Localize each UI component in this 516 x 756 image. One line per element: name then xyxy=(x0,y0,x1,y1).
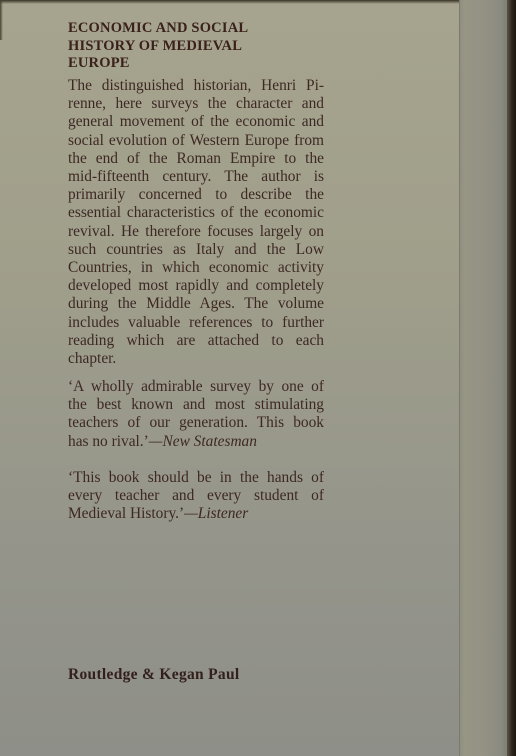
top-edge-shadow xyxy=(0,0,516,4)
spine-shadow xyxy=(507,0,516,756)
description-line: Countries, in which economic activity xyxy=(68,259,324,277)
review-line: ‘This book should be in the hands of xyxy=(68,469,324,487)
description-line: during the Middle Ages. The volume xyxy=(68,295,324,313)
description-line: the end of the Roman Empire to the xyxy=(68,150,324,168)
review-line-final: Medieval History.’—Listener xyxy=(68,505,324,523)
review-line-final: has no rival.’—New Statesman xyxy=(68,433,324,451)
description-line: reading which are attached to each xyxy=(68,332,324,350)
description-line: revival. He therefore focuses largely on xyxy=(68,223,324,241)
description-line: such countries as Italy and the Low xyxy=(68,241,324,259)
description-line: general movement of the economic and xyxy=(68,113,324,131)
review-line: ‘A wholly admirable survey by one of xyxy=(68,378,324,396)
review-listener: ‘This book should be in the hands of eve… xyxy=(68,469,324,524)
book-title: ECONOMIC AND SOCIAL HISTORY OF MEDIEVAL … xyxy=(68,20,324,73)
book-description: The distinguished historian, Henri Pi- r… xyxy=(68,77,324,368)
title-line: ECONOMIC AND SOCIAL xyxy=(68,20,324,38)
description-line: essential characteristics of the economi… xyxy=(68,204,324,222)
review-new-statesman: ‘A wholly admirable survey by one of the… xyxy=(68,378,324,451)
left-edge-shadow xyxy=(0,0,3,40)
title-line: HISTORY OF MEDIEVAL xyxy=(68,38,324,56)
review-line: Medieval History.’ xyxy=(68,505,184,522)
title-line: EUROPE xyxy=(68,55,324,73)
description-line: mid-fifteenth century. The author is xyxy=(68,168,324,186)
description-line: The distinguished historian, Henri Pi- xyxy=(68,77,324,95)
review-attribution: —Listener xyxy=(184,505,248,522)
description-line: primarily concerned to describe the xyxy=(68,186,324,204)
description-line: social evolution of Western Europe from xyxy=(68,132,324,150)
review-line: every teacher and every student of xyxy=(68,487,324,505)
description-line: includes valuable references to further xyxy=(68,314,324,332)
book-back-cover: ECONOMIC AND SOCIAL HISTORY OF MEDIEVAL … xyxy=(0,0,516,756)
description-line: developed most rapidly and completely xyxy=(68,277,324,295)
review-line: the best known and most stimulating xyxy=(68,396,324,414)
description-line: chapter. xyxy=(68,350,324,368)
review-line: teachers of our generation. This book xyxy=(68,414,324,432)
review-line: has no rival.’ xyxy=(68,433,149,450)
description-line: renne, here surveys the character and xyxy=(68,95,324,113)
page-edges xyxy=(459,0,508,756)
review-attribution: —New Statesman xyxy=(149,433,257,450)
publisher-name: Routledge & Kegan Paul xyxy=(68,666,240,684)
